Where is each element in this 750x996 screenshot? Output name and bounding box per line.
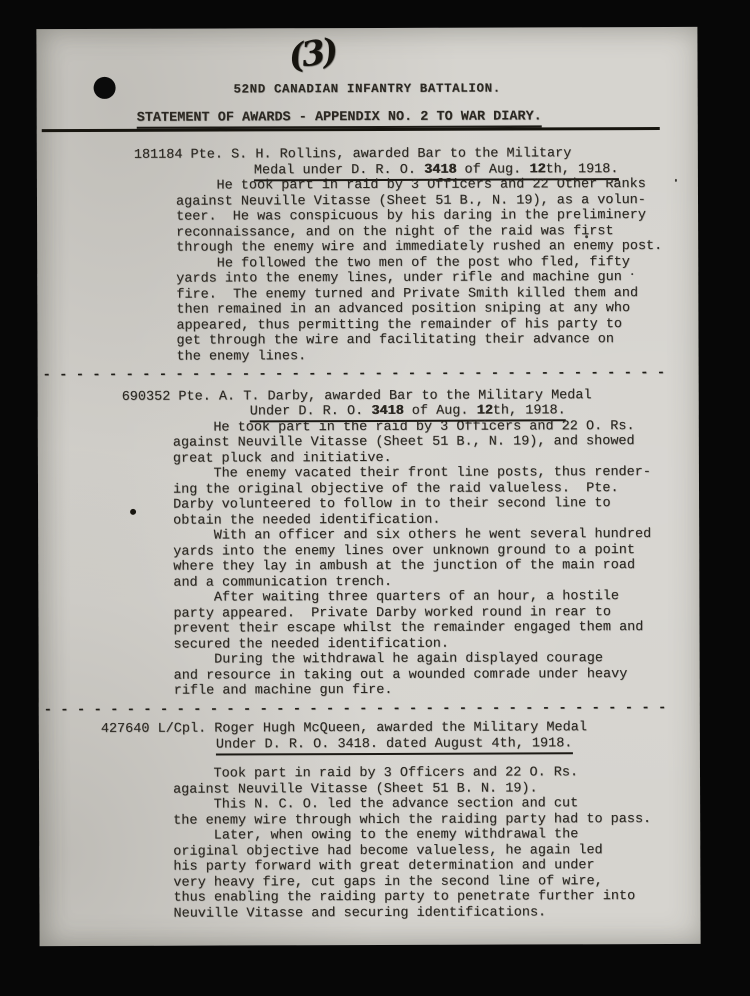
citation-paragraph: This N. C. O. led the advance section an… (173, 796, 700, 829)
citation-darby: 690352 Pte. A. T. Darby, awarded Bar to … (122, 387, 700, 699)
citation-body: Took part in raid by 3 Officers and 22 O… (173, 765, 701, 922)
citation-body: He took part in raid by 3 Officers and 2… (176, 177, 699, 365)
citation-paragraph: Took part in raid by 3 Officers and 22 O… (173, 765, 700, 798)
citation-paragraph: The enemy vacated their front line posts… (173, 465, 699, 529)
citation-order-line: Under D. R. O. 3418 of Aug. 12th, 1918. (250, 403, 699, 420)
citation-paragraph: After waiting three quarters of an hour,… (173, 589, 699, 653)
citation-mcqueen: 427640 L/Cpl. Roger Hugh McQueen, awarde… (101, 720, 701, 922)
citation-paragraph: He followed the two men of the post who … (176, 254, 698, 364)
handwritten-page-number: (3) (286, 31, 338, 77)
order-text: th, 1918. (546, 162, 619, 177)
statement-subtitle-text: STATEMENT OF AWARDS - APPENDIX NO. 2 TO … (137, 109, 542, 128)
header-rule (42, 127, 660, 132)
ink-speck (631, 273, 633, 275)
order-text: dated August (378, 736, 491, 751)
order-day: 12 (477, 404, 493, 419)
order-number: 3418 (424, 162, 456, 177)
citation-body: He took part in the raid by 3 Officers a… (173, 418, 700, 699)
order-text: of Aug. (456, 162, 529, 177)
citation-paragraph: He took part in raid by 3 Officers and 2… (176, 177, 698, 256)
order-text: of Aug. (404, 404, 477, 419)
citation-paragraph: With an officer and six others he went s… (173, 527, 699, 591)
order-day: 12 (529, 162, 545, 177)
citation-paragraph: Later, when owing to the enemy withdrawa… (173, 827, 700, 922)
statement-subtitle: STATEMENT OF AWARDS - APPENDIX NO. 2 TO … (137, 108, 698, 125)
document-page: (3) 52ND CANADIAN INFANTRY BATTALION. ST… (36, 27, 700, 946)
order-day: 4 (491, 736, 499, 751)
ink-speck (675, 179, 677, 182)
citation-order-line: Under D. R. O. 3418. dated August 4th, 1… (216, 735, 700, 752)
order-number: 3418 (371, 404, 403, 419)
citation-paragraph: He took part in the raid by 3 Officers a… (173, 418, 699, 466)
order-text: th, 1918. (493, 403, 566, 418)
ink-spot (130, 509, 136, 515)
dashed-separator: - - - - - - - - - - - - - - - - - - - - … (44, 700, 700, 718)
scan-background: (3) 52ND CANADIAN INFANTRY BATTALION. ST… (0, 0, 750, 996)
ink-speck (585, 235, 588, 238)
order-text: Under D. R. O. (250, 404, 372, 419)
battalion-title: 52ND CANADIAN INFANTRY BATTALION. (37, 81, 698, 99)
order-text: Medal under D. R. O. (254, 162, 424, 178)
citation-paragraph: During the withdrawal he again displayed… (174, 651, 700, 699)
order-text: th, 1918. (499, 736, 572, 751)
dashed-separator: - - - - - - - - - - - - - - - - - - - - … (43, 366, 699, 384)
citation-order-line: Medal under D. R. O. 3418 of Aug. 12th, … (254, 161, 698, 178)
punch-hole (94, 77, 116, 99)
citation-rollins: 181184 Pte. S. H. Rollins, awarded Bar t… (134, 146, 699, 365)
order-text: Under D. R. O. (216, 737, 338, 752)
order-number: 3418. (337, 736, 378, 751)
